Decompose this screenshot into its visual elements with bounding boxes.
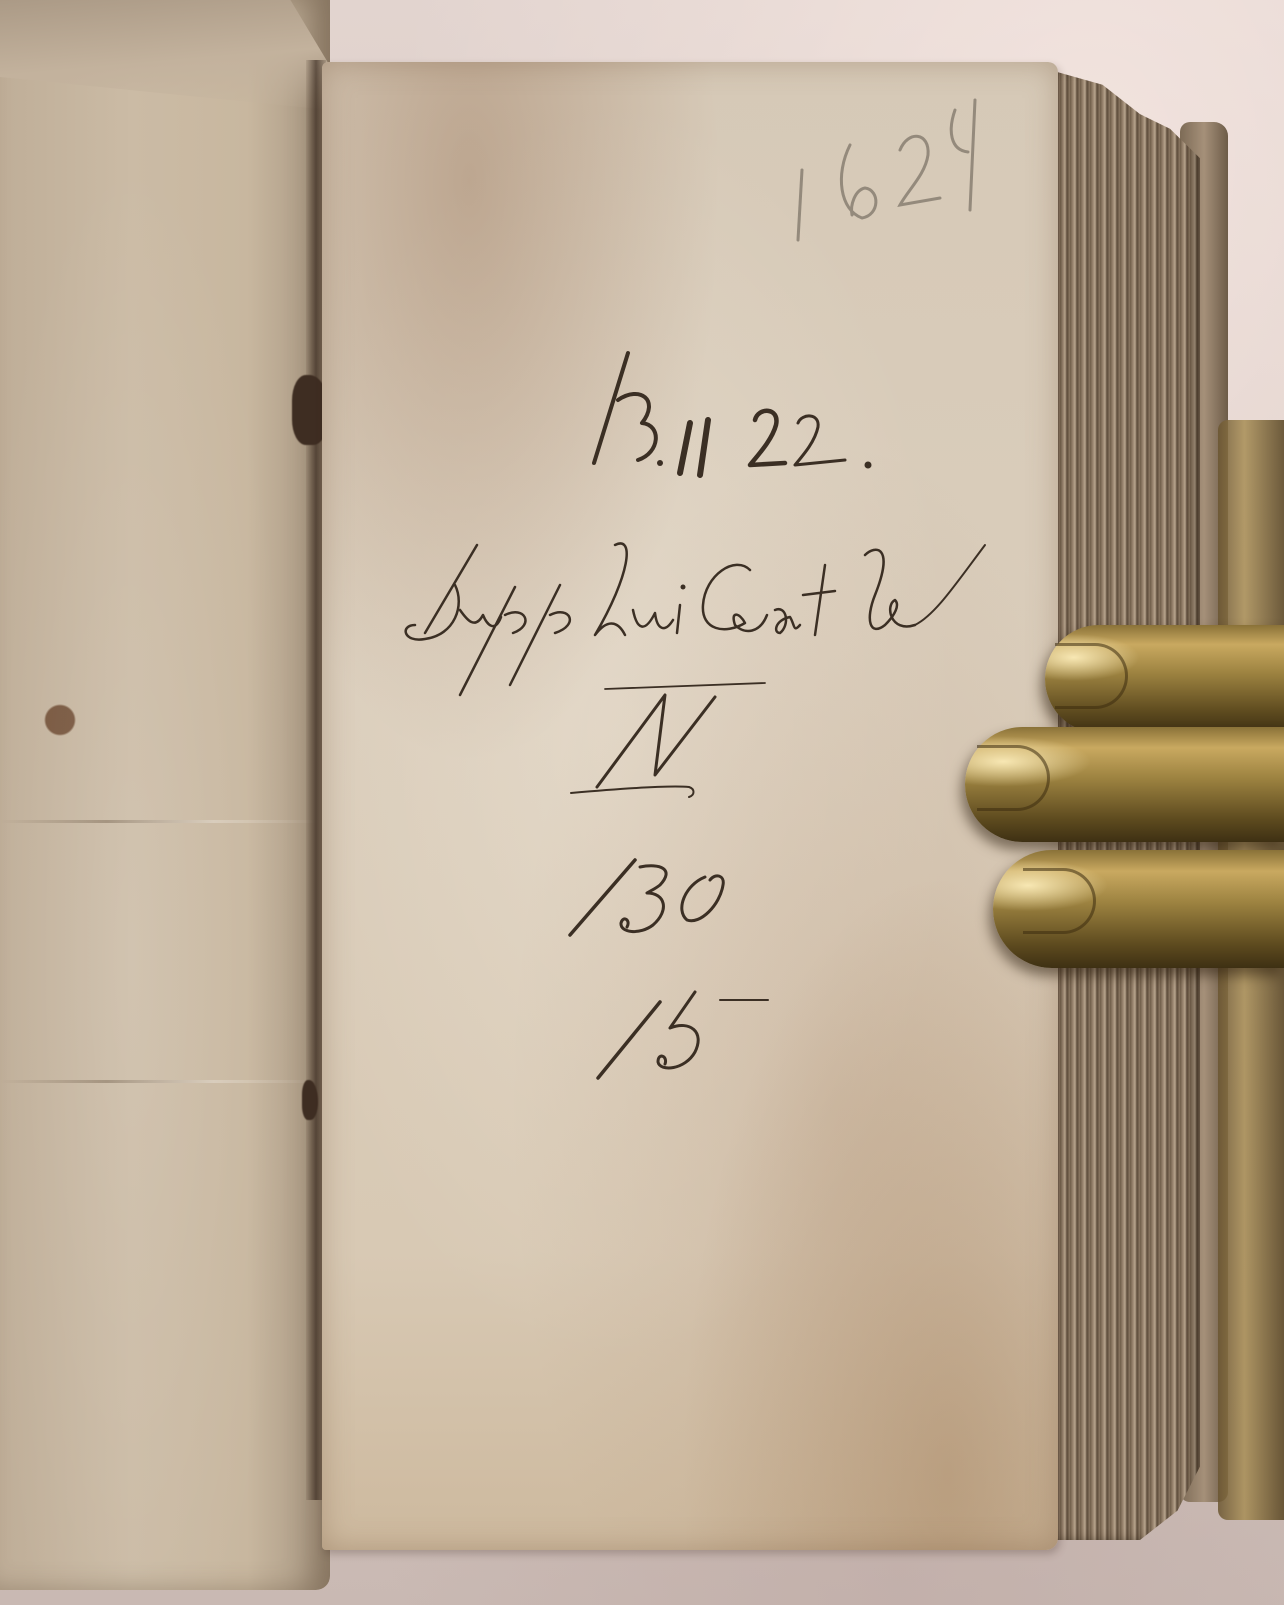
left-page	[0, 0, 330, 1590]
finger-bottom	[993, 850, 1284, 968]
page-crease	[0, 1080, 320, 1083]
shelfmark-inscription	[580, 345, 880, 475]
fingernail	[977, 745, 1050, 811]
fingernail	[1023, 868, 1096, 934]
flyleaf	[322, 62, 1058, 1550]
folded-corner	[0, 0, 330, 110]
fingernail	[1055, 643, 1128, 709]
clasp-bar	[1218, 420, 1284, 1520]
paper-tear	[302, 1080, 318, 1120]
finger-top	[1045, 625, 1284, 733]
page-crease	[0, 820, 320, 823]
price-inscription	[590, 990, 780, 1090]
pencil-note	[780, 90, 980, 250]
number-inscription	[565, 855, 765, 955]
finger-middle	[965, 727, 1284, 842]
numeral-inscription	[565, 675, 785, 805]
